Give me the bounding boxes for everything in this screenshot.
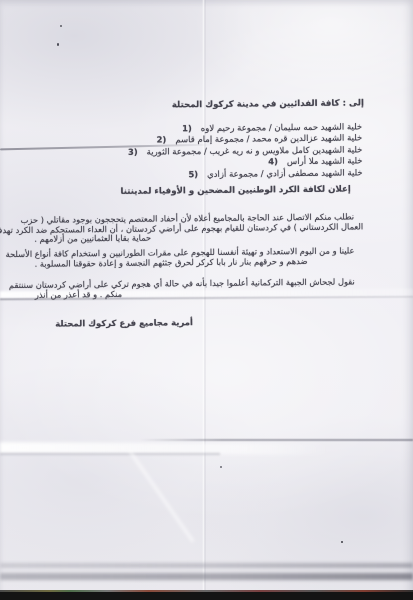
signature-line: أمرية مجاميع فرع كركوك المحتلة — [55, 318, 193, 329]
martyr-cells-list: 1)خلية الشهيد حمه سليمان / مجموعة رحيم ل… — [128, 121, 363, 180]
paragraph-line: حماية بقايا العثمانيين من أزلامهم . — [34, 232, 363, 245]
body-paragraph: نقول لجحاش الجبهة التركمانية أعلموا جيدا… — [35, 277, 364, 300]
addressee-line: إلى : كافة الفدائيين في مدينة كركوك المح… — [172, 98, 364, 110]
scanned-document-paper: إلى : كافة الفدائيين في مدينة كركوك المح… — [0, 0, 413, 600]
item-number: 1) — [182, 123, 192, 134]
list-item: 5)خلية الشهيد مصطفى أزادي / مجموعة أزادي — [128, 167, 363, 181]
item-number: 4) — [268, 156, 278, 167]
body-paragraph: علينا و من اليوم الاستعداد و تهيئة أنفسن… — [34, 246, 363, 269]
paragraph-line: منكم . و قد أعذر من أنذر — [35, 287, 364, 300]
item-number: 3) — [128, 147, 138, 158]
announcement-line: إعلان لكافة الكرد الوطنيين المضحين و الأ… — [120, 184, 350, 196]
item-text: خلية الشهيد مصطفى أزادي / مجموعة أزادي — [207, 168, 363, 180]
paragraph-line: ضدهم و حرقهم بنار نار بابا كركر لحرق جثث… — [35, 256, 364, 269]
item-number: 2) — [157, 135, 167, 146]
item-number: 5) — [188, 169, 198, 180]
document-text-layer: إلى : كافة الفدائيين في مدينة كركوك المح… — [0, 0, 413, 600]
item-text: خلية الشهيد ملا أراس — [287, 157, 363, 168]
body-paragraph: نطلب منكم الاتصال عند الحاجة بالمجاميع أ… — [34, 212, 363, 244]
